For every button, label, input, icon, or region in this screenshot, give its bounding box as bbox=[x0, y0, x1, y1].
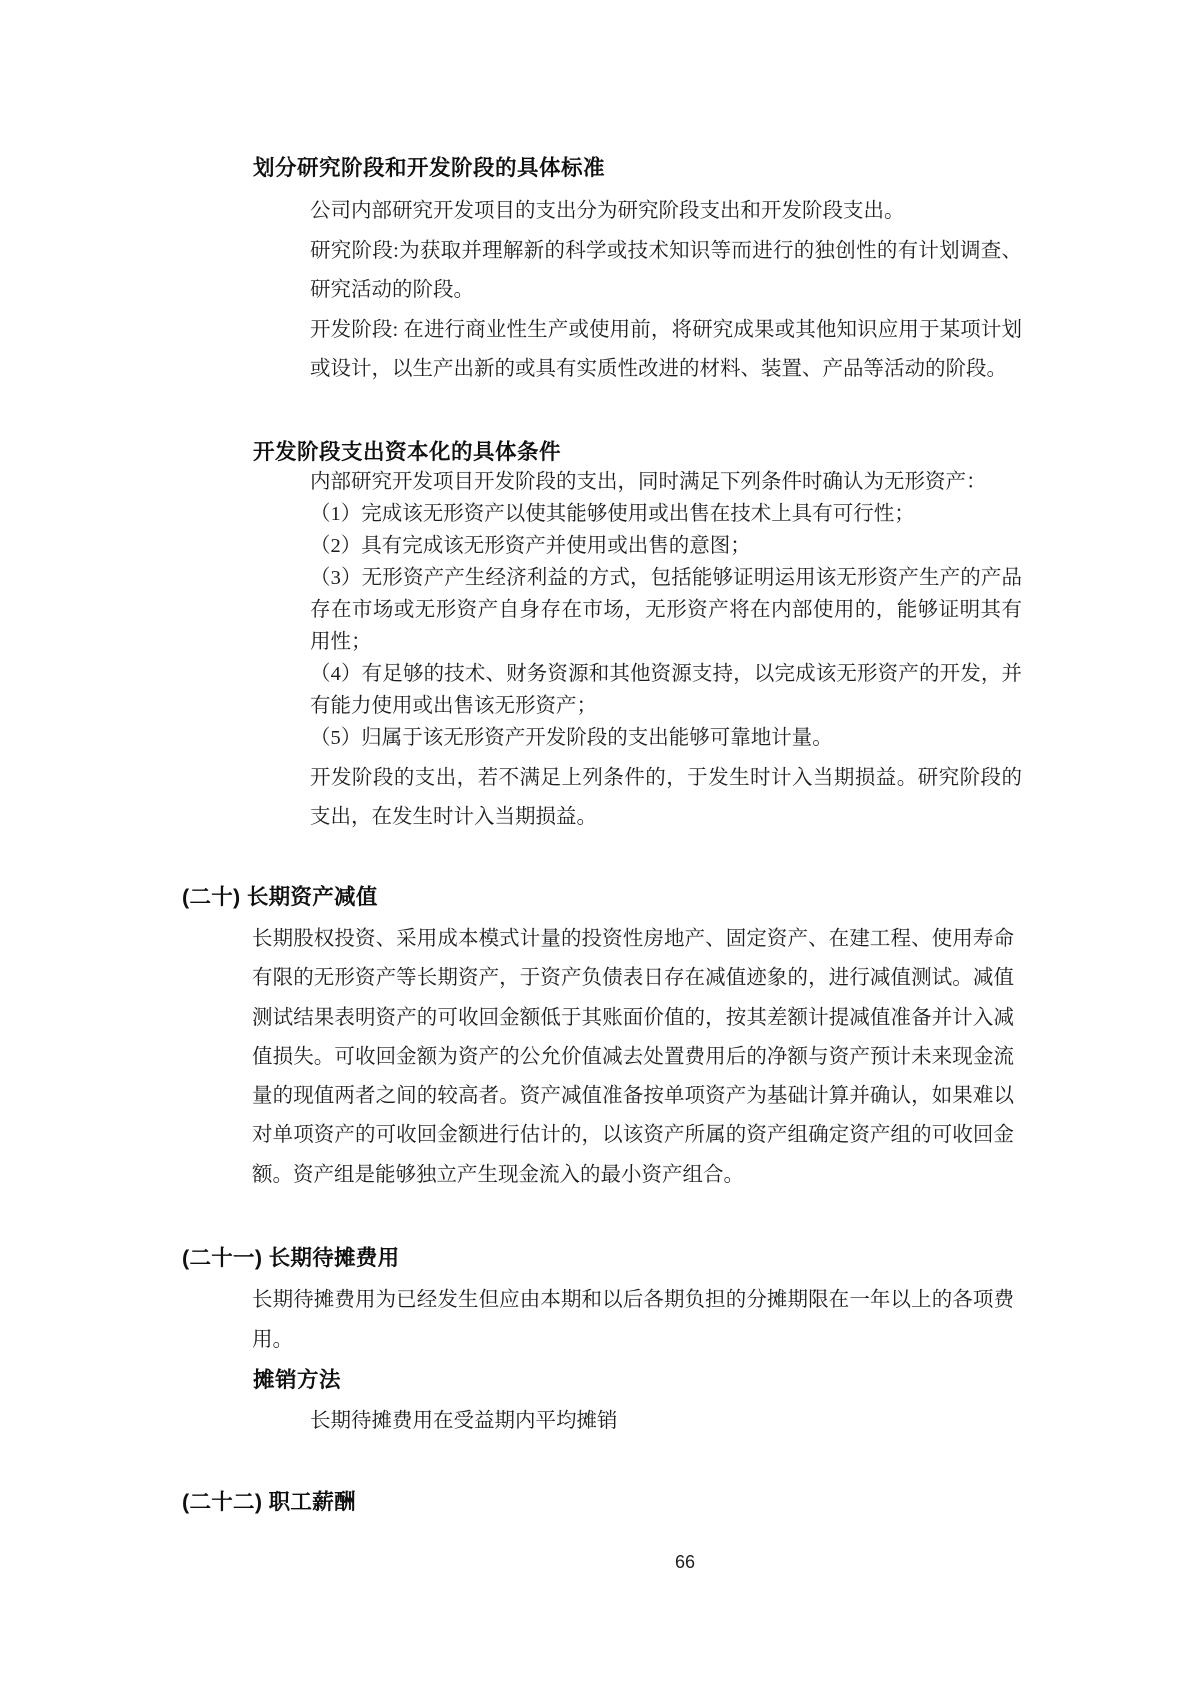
section-heading-21-long-term-deferred-expenses: (二十一) 长期待摊费用 bbox=[182, 1246, 399, 1270]
amortization-method-paragraph: 长期待摊费用在受益期内平均摊销 bbox=[310, 1410, 1022, 1433]
section-title: 职工薪酬 bbox=[269, 1490, 356, 1514]
section-title: 长期待摊费用 bbox=[269, 1246, 400, 1270]
subsection-heading-capitalization-conditions: 开发阶段支出资本化的具体条件 bbox=[253, 440, 561, 464]
paragraph-rd-overview: 公司内部研究开发项目的支出分为研究阶段支出和开发阶段支出。 bbox=[310, 192, 1022, 232]
capitalization-conditions-list: 内部研究开发项目开发阶段的支出，同时满足下列条件时确认为无形资产： （1）完成该… bbox=[310, 466, 1022, 754]
subsection-heading-amortization-method: 摊销方法 bbox=[253, 1368, 341, 1392]
paragraph-impairment-policy: 长期股权投资、采用成本模式计量的投资性房地产、固定资产、在建工程、使用寿命有限的… bbox=[252, 920, 1014, 1195]
capitalization-closing-paragraph: 开发阶段的支出，若不满足上列条件的，于发生时计入当期损益。研究阶段的支出，在发生… bbox=[310, 759, 1022, 836]
section-number: (二十) bbox=[182, 885, 241, 909]
section-21-body: 长期待摊费用为已经发生但应由本期和以后各期负担的分摊期限在一年以上的各项费用。 bbox=[252, 1280, 1014, 1360]
section-20-body: 长期股权投资、采用成本模式计量的投资性房地产、固定资产、在建工程、使用寿命有限的… bbox=[252, 920, 1014, 1195]
document-page: 划分研究阶段和开发阶段的具体标准 公司内部研究开发项目的支出分为研究阶段支出和开… bbox=[0, 0, 1200, 1696]
section-title: 长期资产减值 bbox=[247, 885, 378, 909]
section-heading-22-employee-compensation: (二十二) 职工薪酬 bbox=[182, 1490, 356, 1514]
section-heading-20-long-term-asset-impairment: (二十) 长期资产减值 bbox=[182, 885, 378, 909]
capitalization-intro: 内部研究开发项目开发阶段的支出，同时满足下列条件时确认为无形资产： bbox=[310, 466, 1022, 498]
section-number: (二十二) bbox=[182, 1490, 262, 1514]
condition-item-1: （1）完成该无形资产以使其能够使用或出售在技术上具有可行性； bbox=[310, 498, 1022, 530]
page-number: 66 bbox=[675, 1552, 695, 1572]
condition-item-3: （3）无形资产产生经济利益的方式，包括能够证明运用该无形资产生产的产品存在市场或… bbox=[310, 562, 1022, 658]
paragraph-deferred-expense-definition: 长期待摊费用为已经发生但应由本期和以后各期负担的分摊期限在一年以上的各项费用。 bbox=[252, 1280, 1014, 1360]
section-number: (二十一) bbox=[182, 1246, 262, 1270]
paragraph-amortization-method: 长期待摊费用在受益期内平均摊销 bbox=[310, 1410, 1022, 1433]
paragraph-expensing-rule: 开发阶段的支出，若不满足上列条件的，于发生时计入当期损益。研究阶段的支出，在发生… bbox=[310, 759, 1022, 836]
condition-item-5: （5）归属于该无形资产开发阶段的支出能够可靠地计量。 bbox=[310, 722, 1022, 754]
subsection-heading-research-dev-split: 划分研究阶段和开发阶段的具体标准 bbox=[253, 156, 605, 180]
paragraph-development-stage: 开发阶段: 在进行商业性生产或使用前，将研究成果或其他知识应用于某项计划或设计，… bbox=[310, 311, 1022, 390]
research-dev-split-paragraphs: 公司内部研究开发项目的支出分为研究阶段支出和开发阶段支出。 研究阶段:为获取并理… bbox=[310, 192, 1022, 390]
paragraph-research-stage: 研究阶段:为获取并理解新的科学或技术知识等而进行的独创性的有计划调查、研究活动的… bbox=[310, 232, 1022, 311]
condition-item-2: （2）具有完成该无形资产并使用或出售的意图； bbox=[310, 530, 1022, 562]
condition-item-4: （4）有足够的技术、财务资源和其他资源支持，以完成该无形资产的开发，并有能力使用… bbox=[310, 658, 1022, 722]
